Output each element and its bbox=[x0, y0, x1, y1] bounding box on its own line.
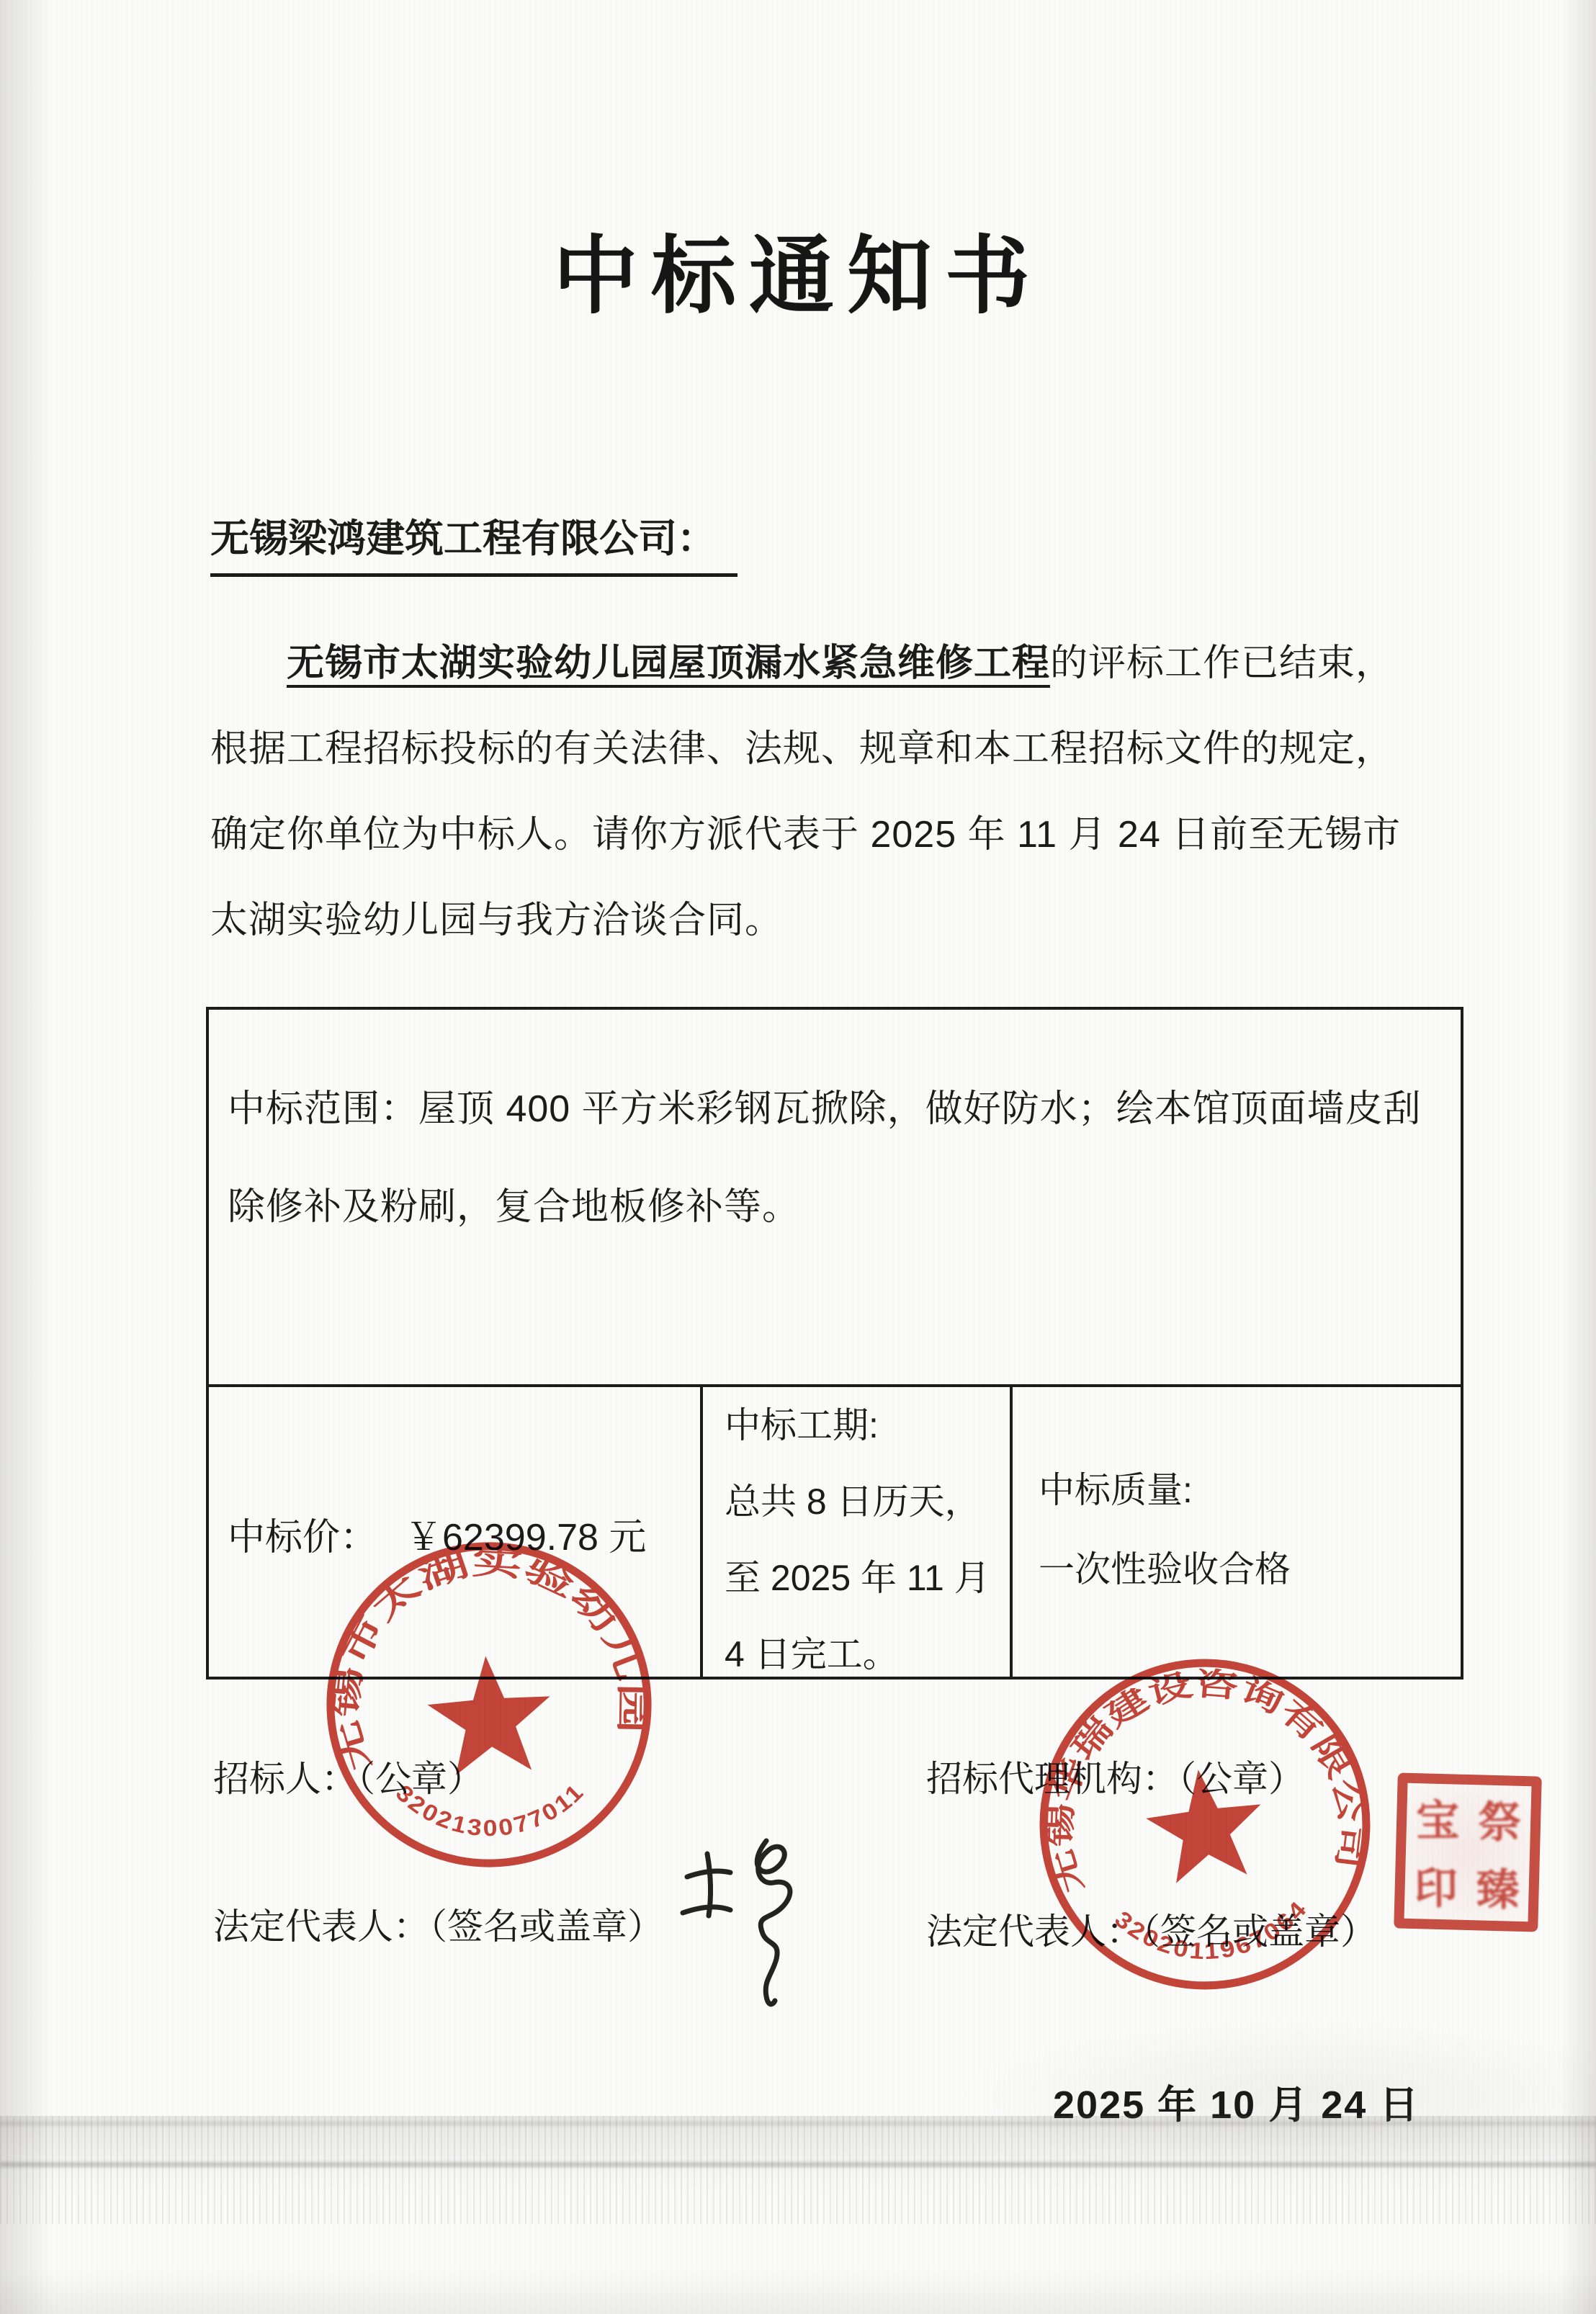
quality-cell: 中标质量: 一次性验收合格 bbox=[1013, 1387, 1466, 1680]
body-line-1: 无锡市太湖实验幼儿园屋顶漏水紧急维修工程的评标工作已结束， bbox=[210, 621, 1406, 707]
quality-line: 一次性验收合格 bbox=[1039, 1530, 1466, 1609]
date-line: 2025 年 10 月 24 日 bbox=[1053, 2074, 1420, 2130]
addressee-line: 无锡梁鸿建筑工程有限公司： bbox=[210, 516, 738, 577]
legal-rep-left-label: 法定代表人：（签名或盖章） bbox=[213, 1905, 663, 1948]
scan-edge-left bbox=[0, 0, 53, 2314]
stamp-serial-number: 3202130077011 bbox=[390, 1767, 592, 1848]
quality-line: 中标质量: bbox=[1039, 1450, 1466, 1530]
duration-cell: 中标工期: 总共 8 日历天， 至 2025 年 11 月 4 日完工。 bbox=[700, 1387, 1013, 1680]
scope-line-1: 中标范围：屋顶 400 平方米彩钢瓦掀除，做好防水；绘本馆顶面墙皮刮 bbox=[228, 1060, 1443, 1158]
star-icon bbox=[1141, 1762, 1269, 1885]
page-title: 中标通知书 bbox=[0, 207, 1596, 330]
scan-noise-band bbox=[0, 2116, 1596, 2224]
seal-character: 臻 bbox=[1476, 1856, 1520, 1919]
personal-name-seal: 宝 祭 印 臻 bbox=[1394, 1772, 1542, 1932]
star-icon bbox=[424, 1652, 555, 1777]
duration-line: 总共 8 日历天， bbox=[725, 1463, 1010, 1540]
handwritten-signature-icon bbox=[676, 1829, 848, 2009]
body-line-1-rest: 的评标工作已结束， bbox=[1050, 642, 1394, 684]
body-line-4: 太湖实验幼儿园与我方洽谈合同。 bbox=[210, 878, 1406, 964]
body-line-2: 根据工程招标投标的有关法律、法规、规章和本工程招标文件的规定， bbox=[210, 707, 1406, 792]
scope-cell: 中标范围：屋顶 400 平方米彩钢瓦掀除，做好防水；绘本馆顶面墙皮刮 除修补及粉… bbox=[209, 1010, 1461, 1387]
scan-foot-band bbox=[0, 2269, 1596, 2314]
scan-edge-right bbox=[1560, 0, 1596, 2314]
duration-line: 至 2025 年 11 月 bbox=[725, 1540, 1010, 1616]
duration-line: 4 日完工。 bbox=[725, 1616, 1010, 1692]
seal-character: 祭 bbox=[1478, 1788, 1522, 1851]
scope-line-2: 除修补及粉刷，复合地板修补等。 bbox=[228, 1158, 1443, 1256]
seal-character: 宝 bbox=[1416, 1787, 1460, 1849]
scan-streak bbox=[0, 2162, 1596, 2167]
agency-official-stamp: 无锡华瑞建设咨询有限公司 3202011967064 bbox=[1011, 1631, 1398, 2017]
body-paragraph: 无锡市太湖实验幼儿园屋顶漏水紧急维修工程的评标工作已结束， 根据工程招标投标的有… bbox=[210, 621, 1406, 964]
document-page: 中标通知书 无锡梁鸿建筑工程有限公司： 无锡市太湖实验幼儿园屋顶漏水紧急维修工程… bbox=[0, 0, 1596, 2314]
seal-character: 印 bbox=[1414, 1855, 1458, 1917]
body-line-3: 确定你单位为中标人。请你方派代表于 2025 年 11 月 24 日前至无锡市 bbox=[210, 792, 1406, 878]
svg-text:3202130077011: 3202130077011 bbox=[390, 1767, 592, 1848]
duration-line: 中标工期: bbox=[725, 1387, 1010, 1463]
tenderer-official-stamp: 无锡市太湖实验幼儿园 3202130077011 bbox=[305, 1521, 673, 1888]
project-name-emphasis: 无锡市太湖实验幼儿园屋顶漏水紧急维修工程 bbox=[287, 642, 1050, 684]
